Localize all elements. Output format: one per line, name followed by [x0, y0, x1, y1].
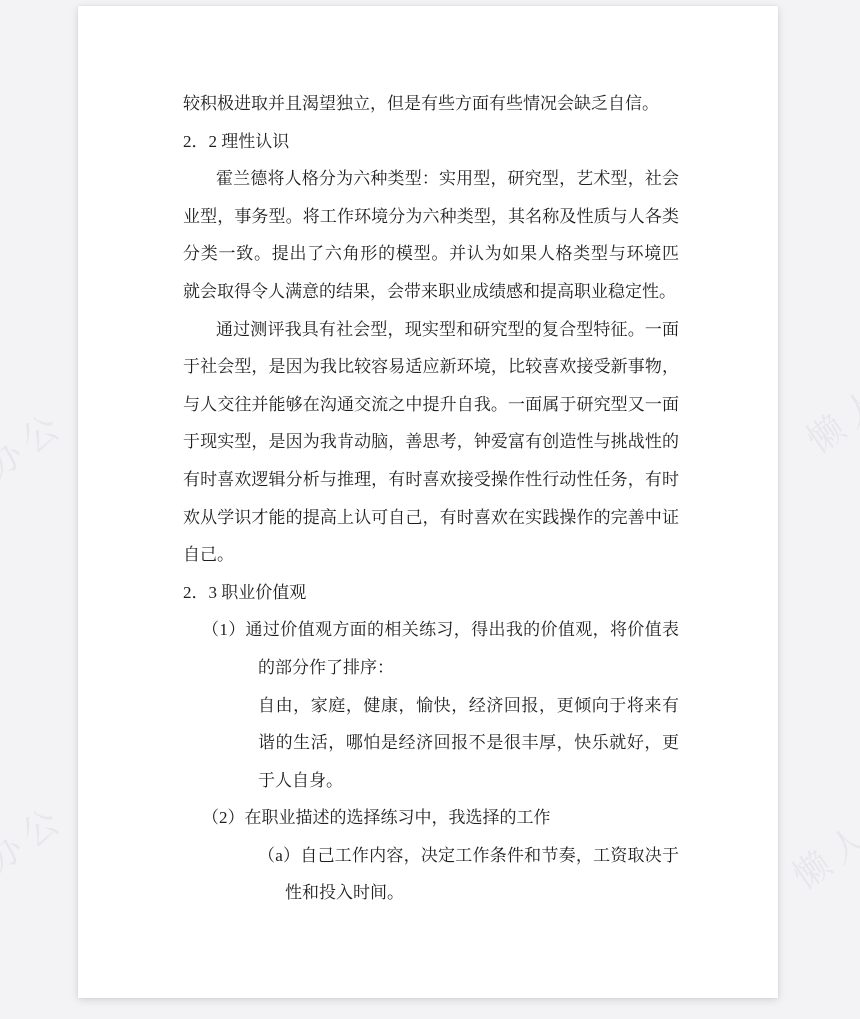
list-item-1-values-exercise: 的部分作了排序：: [183, 649, 679, 687]
heading-2-2-rational-understanding: 2．2 理性认识: [183, 123, 679, 161]
heading-2-3-career-values: 2．3 职业价值观: [183, 574, 679, 612]
paragraph-assessment-result: 自己。: [183, 536, 679, 574]
paragraph-holland-types: 霍兰德将人格分为六种类型：实用型，研究型，艺术型，社会型，企: [183, 160, 679, 198]
paragraph-assessment-result: 有时喜欢逻辑分析与推理，有时喜欢接受操作性行动性任务，有时喜: [183, 461, 679, 499]
list-item-2a-work-content: 性和投入时间。: [183, 874, 679, 912]
paragraph-assessment-result: 与人交往并能够在沟通交流之中提升自我。一面属于研究型又一面属: [183, 386, 679, 424]
paragraph-values-ranking: 于人自身。: [183, 762, 679, 800]
paragraph-assessment-result: 于社会型，是因为我比较容易适应新环境，比较喜欢接受新事物，很爱: [183, 348, 679, 386]
watermark-text: 懒人办公: [0, 397, 75, 540]
list-item-1-values-exercise: （1）通过价值观方面的相关练习，得出我的价值观，将价值表中: [183, 611, 679, 649]
document-text: 较积极进取并且渴望独立，但是有些方面有些情况会缺乏自信。2．2 理性认识霍兰德将…: [183, 85, 679, 912]
list-item-2a-work-content: （a）自己工作内容，决定工作条件和节奏，工资取决于主动: [183, 837, 679, 875]
paragraph-assessment-result: 通过测评我具有社会型，现实型和研究型的复合型特征。一面属: [183, 311, 679, 349]
paragraph-self-awareness-continuation: 较积极进取并且渴望独立，但是有些方面有些情况会缺乏自信。: [183, 85, 679, 123]
paragraph-assessment-result: 欢从学识才能的提高上认可自己，有时喜欢在实践操作的完善中证明: [183, 499, 679, 537]
paragraph-assessment-result: 于现实型，是因为我肯动脑，善思考，钟爱富有创造性与挑战性的工作，: [183, 423, 679, 461]
document-preview-screen: 懒人办公 懒人办公 懒人办公 懒人办公 懒人办公 懒人办公 较积极进取并且渴望独…: [0, 0, 860, 1019]
paragraph-holland-types: 分类一致。提出了六角形的模型。并认为如果人格类型与环境匹配，: [183, 235, 679, 273]
paragraph-values-ranking: 自由，家庭，健康，愉快，经济回报，更倾向于将来有一个和: [183, 687, 679, 725]
list-item-2-job-choice: （2）在职业描述的选择练习中，我选择的工作: [183, 799, 679, 837]
watermark-text: 懒人办公: [781, 757, 860, 900]
watermark-text: 懒人办公: [795, 321, 860, 464]
paragraph-holland-types: 业型，事务型。将工作环境分为六种类型，其名称及性质与人各类型的: [183, 198, 679, 236]
document-page: 较积极进取并且渴望独立，但是有些方面有些情况会缺乏自信。2．2 理性认识霍兰德将…: [78, 6, 778, 998]
paragraph-holland-types: 就会取得令人满意的结果，会带来职业成绩感和提高职业稳定性。: [183, 273, 679, 311]
paragraph-values-ranking: 谐的生活，哪怕是经济回报不是很丰厚，快乐就好，更关注: [183, 724, 679, 762]
watermark-text: 懒人办公: [0, 791, 75, 934]
